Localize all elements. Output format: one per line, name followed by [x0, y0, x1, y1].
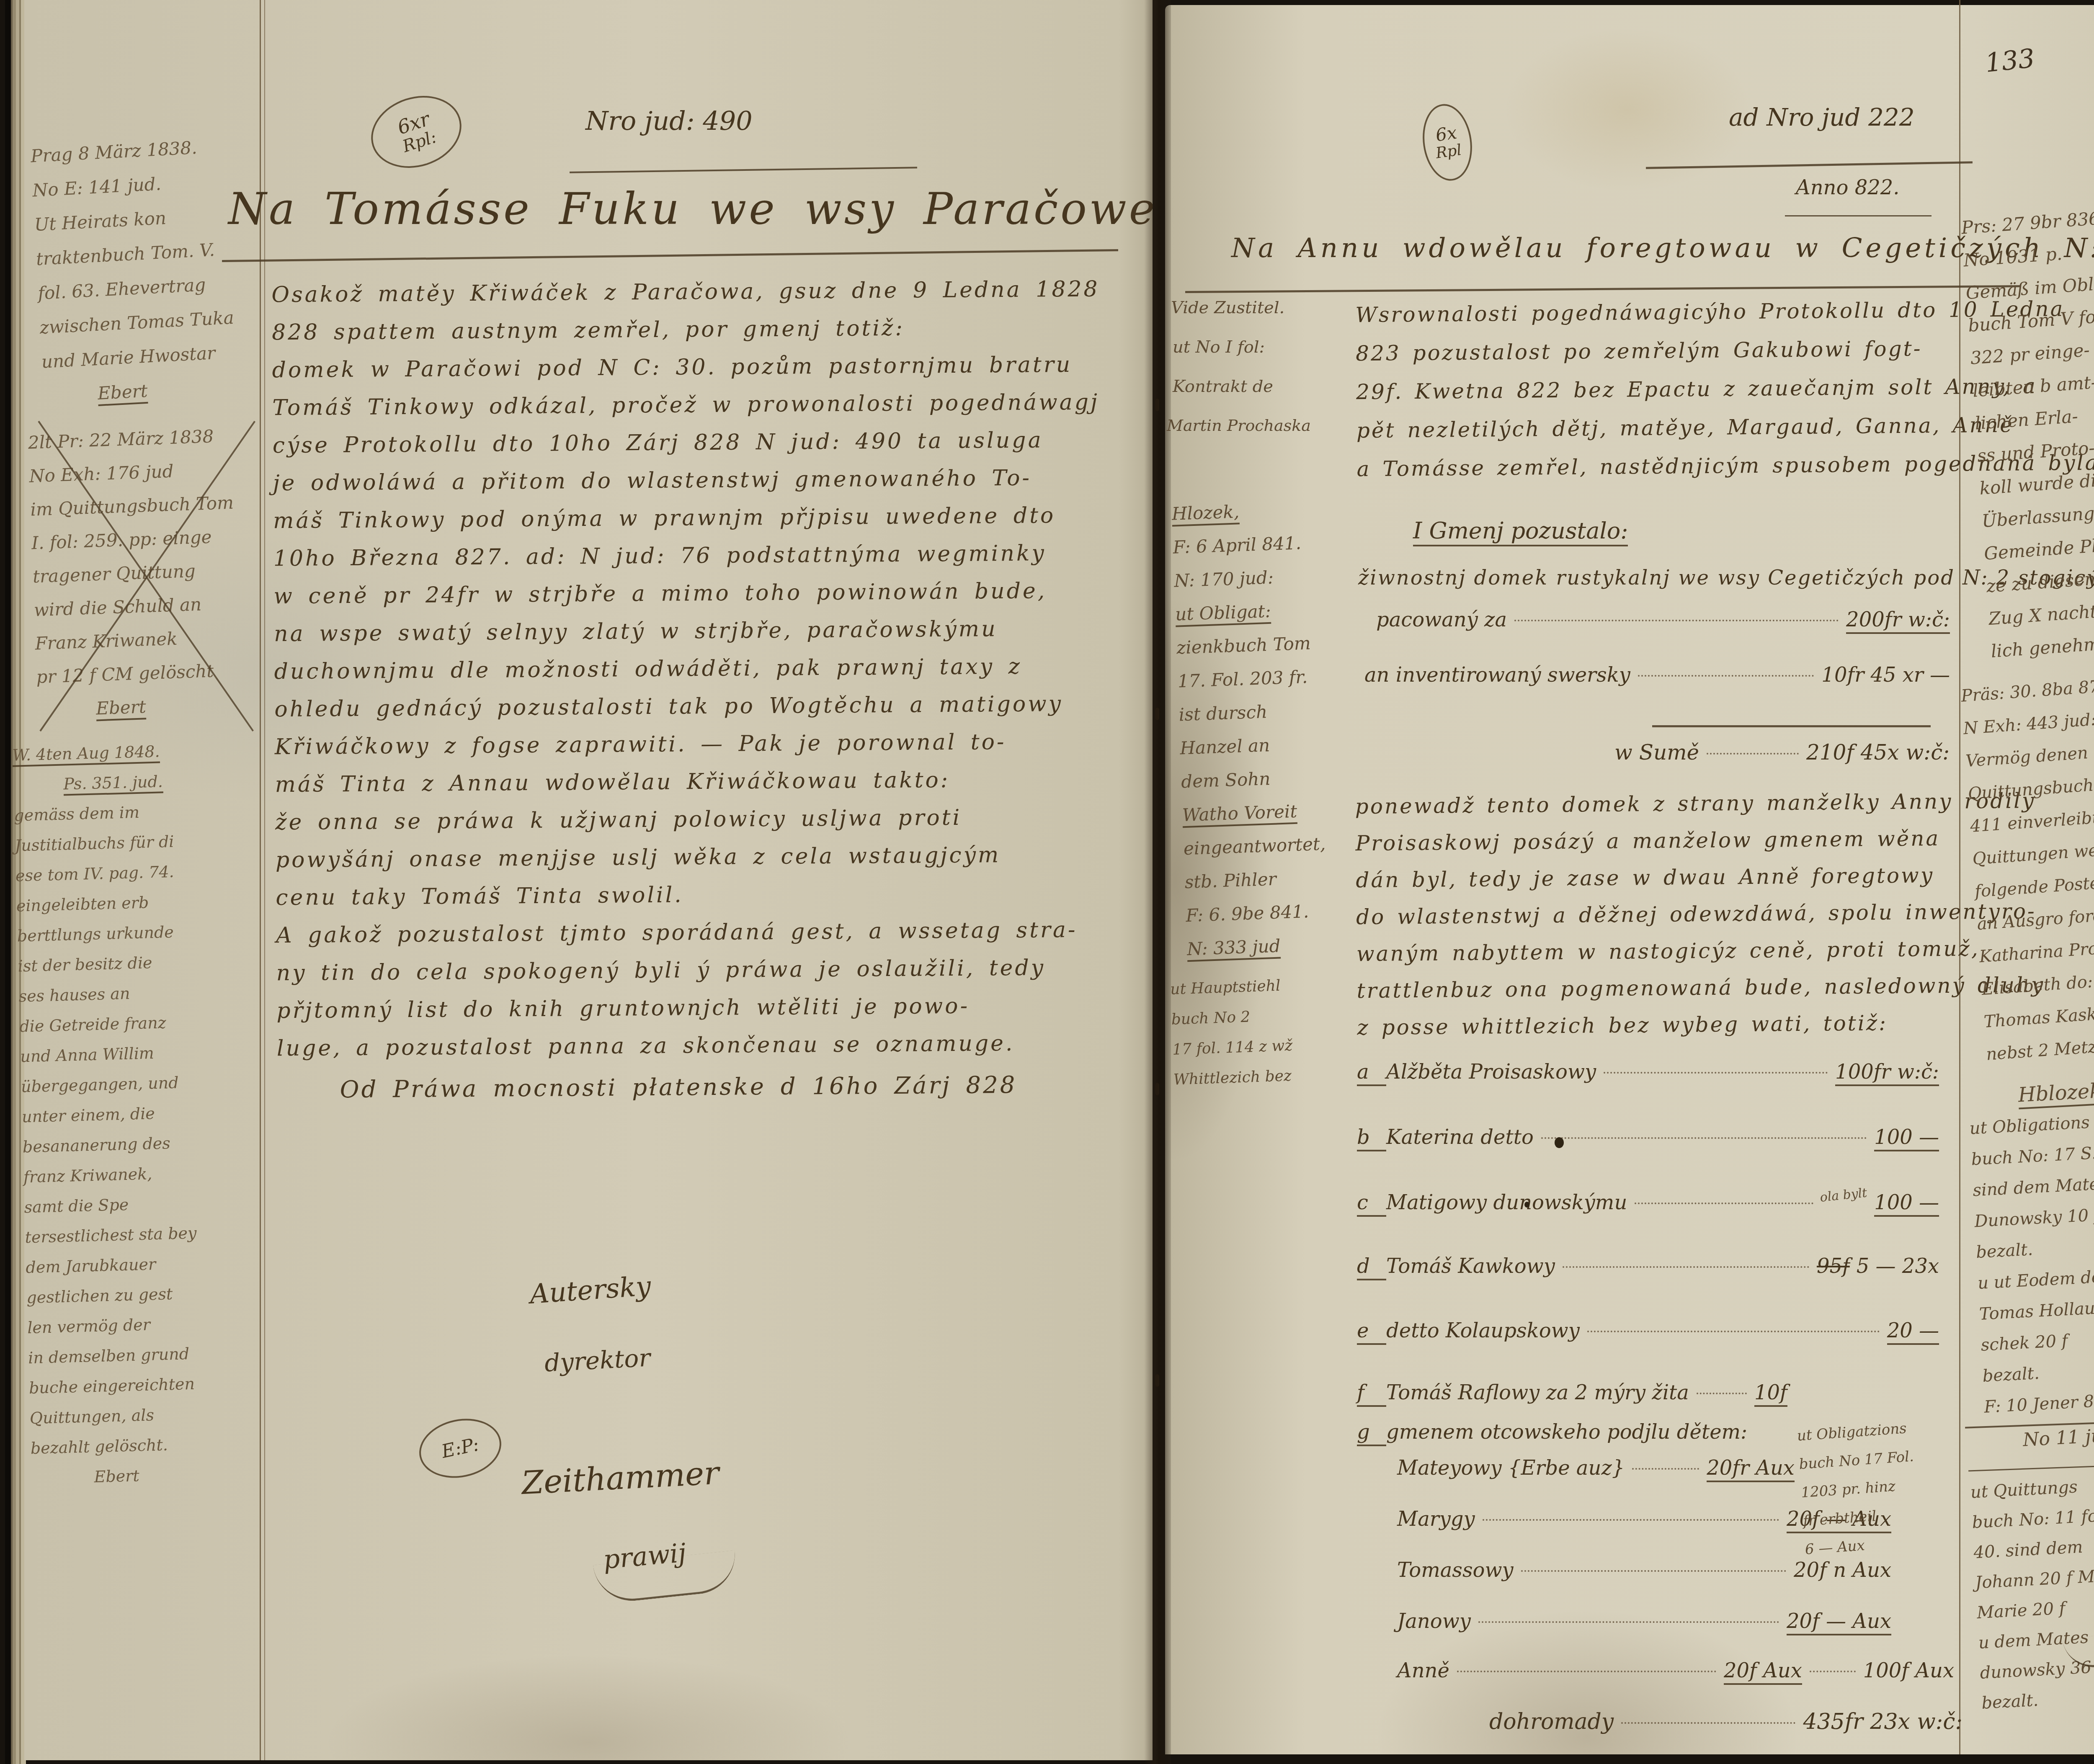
total-row: dohromady 435fr 23x w:č: — [1489, 1709, 1962, 1734]
dotted-leader — [1632, 1468, 1699, 1470]
note-line: eingeantwortet, — [1183, 826, 1364, 865]
deed-body-text: ponewadž tento domek z strany manželky A… — [1355, 783, 1956, 1046]
sum-rule — [1652, 725, 1931, 727]
note-line: Ps. 351. jud. — [63, 764, 252, 799]
dotted-leader — [1521, 1570, 1786, 1572]
body-line: w ceně pr 24fr w strjbře a mimo toho pow… — [273, 572, 1143, 615]
asset-row: an inventirowaný swersky 10fr 45 xr — — [1364, 663, 1950, 687]
body-line: dán byl, tedy je zase w dwau Anně foregt… — [1356, 857, 1955, 899]
body-line: luge, a pozustalost panna za skončenau s… — [277, 1024, 1146, 1067]
body-line: 29f. Kwetna 822 bez Epactu z zauečanjm s… — [1356, 368, 1955, 411]
note-line: Hlozek, — [1171, 491, 1353, 531]
child-share-row: Janowy 20f — Aux — [1397, 1609, 1891, 1635]
share-subtotal: 100f Aux — [1863, 1659, 1954, 1682]
left-margin-note-entry: Prag 8 März 1838. No E: 141 jud. Ut Heir… — [30, 127, 270, 413]
dotted-leader — [1478, 1621, 1779, 1623]
body-line: Tomáš Tinkowy odkázal, pročež w prowonal… — [272, 383, 1142, 427]
closing-formula: Od Práwa mocnosti płatenske d 16ho Zárj … — [277, 1066, 1146, 1109]
body-line: domek w Paračowi pod N C: 30. pozům past… — [272, 345, 1141, 389]
note-line: N: 333 jud — [1186, 926, 1368, 966]
body-line: Osakož matěy Křiwáček z Paračowa, gsuz d… — [271, 270, 1141, 314]
asset-label: an inventirowaný swersky — [1364, 663, 1630, 687]
creditor-name: Tomáš Kawkowy — [1386, 1254, 1555, 1278]
ink-blot — [1555, 1137, 1564, 1148]
note-line: ist dursch — [1178, 692, 1359, 732]
body-line: Wsrownalosti pogednáwagicýho Protokollu … — [1355, 291, 1955, 334]
dotted-leader — [1457, 1671, 1716, 1672]
side-note: Martin Prochaska — [1167, 416, 1311, 435]
debt-row: a Alžběta Proisaskowy 100fr w:č: — [1357, 1060, 1939, 1086]
creditor-name: Katerina detto — [1386, 1125, 1534, 1149]
dotted-leader — [1638, 675, 1814, 677]
debt-amount: 100 — — [1874, 1125, 1939, 1151]
debt-amount: 100fr w:č: — [1835, 1060, 1939, 1086]
body-line: A gakož pozustalost tjmto sporádaná gest… — [276, 911, 1145, 954]
sum-amount: 210f 45x w:č: — [1806, 740, 1950, 765]
ink-blot — [1524, 1202, 1529, 1208]
case-number: ad Nro jud 222 — [1729, 103, 1915, 131]
item-letter: b — [1357, 1125, 1386, 1151]
item-letter: a — [1357, 1060, 1386, 1086]
body-line: waným nabyttem w nastogicýz ceně, proti … — [1356, 930, 1955, 972]
body-line: duchownjmu dle možnosti odwáděti, pak pr… — [274, 647, 1143, 690]
share-amount: 20f Aux — [1724, 1659, 1802, 1685]
deed-body-text: Osakož matěy Křiwáček z Paračowa, gsuz d… — [271, 270, 1146, 1109]
hlozek-marginalia: Hlozek, F: 6 April 841. N: 170 jud: ut O… — [1171, 491, 1368, 966]
body-line: máš Tinkowy pod onýma w prawnjm přjpisu … — [273, 496, 1142, 540]
debt-row: c Matigowy dunowskýmu ola bylt 100 — — [1357, 1191, 1939, 1217]
estate-heading: I Gmenj pozustalo: — [1413, 518, 1628, 544]
body-line: cýse Protokollu dto 10ho Zárj 828 N jud:… — [273, 421, 1142, 464]
body-line: že onna se práwa k užjwanj polowicy uslj… — [275, 798, 1145, 841]
note-line: stb. Pihler — [1184, 859, 1365, 899]
year-underline — [1785, 215, 1932, 216]
asset-amount: 200fr w:č: — [1846, 608, 1950, 634]
debt-row: d Tomáš Kawkowy 95f 5 — 23x — [1357, 1254, 1939, 1280]
debt-row: e detto Kolaupskowy 20 — — [1357, 1319, 1939, 1345]
body-line: cenu taky Tomáš Tinta swolil. — [276, 873, 1145, 917]
note-line: F: 6. 9be 841. — [1185, 893, 1367, 932]
manuscript-spread: Prag 8 März 1838. No E: 141 jud. Ut Heir… — [0, 0, 2094, 1764]
item-letter: g — [1357, 1420, 1386, 1446]
item-letter: d — [1357, 1254, 1386, 1280]
note-line: zienkbuch Tom — [1176, 625, 1357, 665]
child-name: Tomassowy — [1397, 1558, 1514, 1582]
struck-amount: 95f — [1817, 1254, 1850, 1278]
deed-title: Na Tomásse Fuku we wsy Paračowe — [228, 183, 1157, 234]
binding-stitch — [1155, 1374, 1159, 1387]
dotted-leader — [1514, 620, 1839, 621]
body-line: 10ho Března 827. ad: N jud: 76 podstattn… — [273, 534, 1142, 577]
side-note: Kontrakt de — [1173, 377, 1273, 396]
body-line: máš Tinta z Annau wdowělau Křiwáčkowau t… — [275, 760, 1144, 803]
body-line: 823 pozustalost po zemřelým Gakubowi fog… — [1356, 329, 1955, 373]
body-line: 828 spattem austnym zemřel, por gmenj to… — [272, 308, 1141, 351]
body-line: a Tomásse zemřel, nastědnjicým spusobem … — [1356, 445, 1956, 488]
dotted-leader — [1483, 1519, 1779, 1521]
body-line: pět nezletilých dětj, matěye, Margaud, G… — [1356, 406, 1955, 450]
share-amount: 20fr Aux — [1707, 1456, 1795, 1482]
total-label: dohromady — [1489, 1709, 1614, 1734]
debt-row: f Tomáš Raflowy za 2 mýry žita 10f — [1357, 1381, 1939, 1407]
clerk-signature: Ebert — [94, 1457, 271, 1492]
deed-year: Anno 822. — [1796, 176, 1900, 199]
note-line: ut Obligat: — [1175, 592, 1356, 631]
item-letter: f — [1357, 1381, 1386, 1407]
child-name: Janowy — [1397, 1609, 1471, 1633]
dotted-leader — [1604, 1072, 1828, 1074]
creditor-name: Tomáš Raflowy za 2 mýry žita — [1386, 1381, 1689, 1404]
hlozek-marginalia-2: ut Hauptstiehl buch No 2 17 fol. 114 z w… — [1170, 968, 1358, 1095]
dotted-leader — [1621, 1722, 1795, 1724]
asset-row: pacowaný za 200fr w:č: — [1376, 608, 1950, 634]
asset-amount: 10fr 45 xr — — [1821, 663, 1950, 687]
dotted-leader — [1707, 753, 1799, 755]
body-line: Křiwáčkowy z fogse zaprawiti. — Pak je p… — [275, 722, 1144, 766]
debt-amount: 5 — 23x — [1857, 1254, 1939, 1278]
debt-row: b Katerina detto 100 — — [1357, 1125, 1939, 1151]
note-line: N: 170 jud: — [1173, 558, 1355, 598]
deed-body-text: Wsrownalosti pogednáwagicýho Protokollu … — [1355, 291, 1956, 488]
note-line: Whittlezich bez — [1173, 1058, 1358, 1095]
total-amount: 435fr 23x w:č: — [1803, 1709, 1962, 1734]
sum-label: w Sumě — [1614, 740, 1699, 765]
creditor-name: Matigowy dunowskýmu — [1386, 1191, 1627, 1214]
creditor-name: Alžběta Proisaskowy — [1386, 1060, 1596, 1084]
book-gutter — [1144, 0, 1171, 1764]
note-line: Watho Voreit — [1182, 792, 1363, 832]
clerk-signature: Ebert — [95, 686, 266, 725]
dotted-leader — [1635, 1203, 1813, 1204]
left-margin-note-transfer: W. 4ten Aug 1848. Ps. 351. jud. gemäss d… — [12, 734, 271, 1494]
body-line: přjtomný list do knih gruntownjch wtělit… — [276, 986, 1146, 1030]
asset-label: pacowaný za — [1376, 608, 1507, 631]
right-margin-note-4: ut Quittungs buch No: 11 fol: 40. sind d… — [1970, 1467, 2094, 1718]
left-margin-note-cancelled: 2lt Pr: 22 März 1838 No Exh: 176 jud im … — [28, 418, 266, 728]
body-line: Proisaskowj posázý a manželow gmenem wěn… — [1355, 820, 1955, 862]
body-line: trattlenbuz ona pogmenowaná bude, nasled… — [1356, 967, 1956, 1009]
note-line: 17. Fol. 203 fr. — [1177, 659, 1359, 698]
debt-amount: 100 — — [1874, 1191, 1939, 1217]
margin-case-number: No 11 jud — [2022, 1424, 2094, 1450]
dotted-leader — [1541, 1137, 1867, 1139]
body-line: na wspe swatý selnyy zlatý w strjbře, pa… — [274, 609, 1143, 653]
body-line: ohledu gednácý pozustalosti tak po Wogtě… — [274, 685, 1144, 728]
binding-stitch — [1155, 708, 1159, 720]
binding-stitch — [1155, 399, 1159, 411]
dotted-leader — [1697, 1393, 1747, 1394]
dotted-leader — [1587, 1331, 1880, 1332]
dotted-leader — [1810, 1671, 1856, 1672]
side-note: ut No I fol: — [1173, 337, 1265, 357]
children-side-note: ut Obligatzions buch No 17 Fol. 1203 pr.… — [1796, 1409, 1990, 1564]
child-name: Anně — [1397, 1659, 1449, 1682]
sum-row: w Sumě 210f 45x w:č: — [1614, 740, 1950, 765]
debt-amount: 10f — [1754, 1381, 1787, 1407]
signature-role: dyrektor — [544, 1343, 651, 1377]
item-letter: c — [1357, 1191, 1386, 1217]
dotted-leader — [1563, 1266, 1809, 1268]
fee-stamp-abbrev: Rpl — [1435, 142, 1463, 162]
share-amount: 20f — Aux — [1787, 1609, 1891, 1635]
side-note: Vide Zustitel. — [1171, 298, 1284, 317]
heirs-share-heading: gmenem otcowskeho podjlu dětem: — [1386, 1420, 1747, 1444]
child-name: Marygy — [1397, 1507, 1475, 1531]
item-letter: e — [1357, 1319, 1386, 1345]
body-line: z posse whittlezich bez wybeg wati, toti… — [1357, 1004, 1956, 1046]
body-line: je odwoláwá a přitom do wlastenstwj gmen… — [273, 458, 1142, 502]
body-line: ny tin do cela spokogený byli ý práwa je… — [276, 948, 1145, 992]
folio-number: 133 — [1984, 43, 2036, 78]
body-line: ponewadž tento domek z strany manželky A… — [1355, 783, 1954, 825]
note-line: dem Sohn — [1181, 759, 1362, 798]
child-share-row: Anně 20f Aux 100f Aux — [1397, 1659, 1954, 1685]
body-line: do wlastenstwj a děžnej odewzdáwá, spolu… — [1356, 894, 1955, 935]
binding-stitch — [1155, 1083, 1159, 1095]
seal-initials: E:P: — [440, 1434, 481, 1462]
note-line: F: 6 April 841. — [1172, 525, 1354, 564]
asset-description: žiwnostnj domek rustykalnj we wsy Cegeti… — [1358, 566, 2094, 590]
child-name: Mateyowy {Erbe auz} — [1397, 1456, 1625, 1480]
body-line: powyšánj onase menjjse uslj wěka z cela … — [276, 835, 1145, 879]
creditor-name: detto Kolaupskowy — [1386, 1319, 1580, 1342]
debt-amount: 20 — — [1887, 1319, 1939, 1345]
right-margin-note-3: Hblozek ut Obligations buch No: 17 S: 20… — [1967, 1072, 2094, 1422]
note-line: Hanzel an — [1179, 725, 1361, 765]
case-number: Nro jud: 490 — [585, 106, 753, 136]
